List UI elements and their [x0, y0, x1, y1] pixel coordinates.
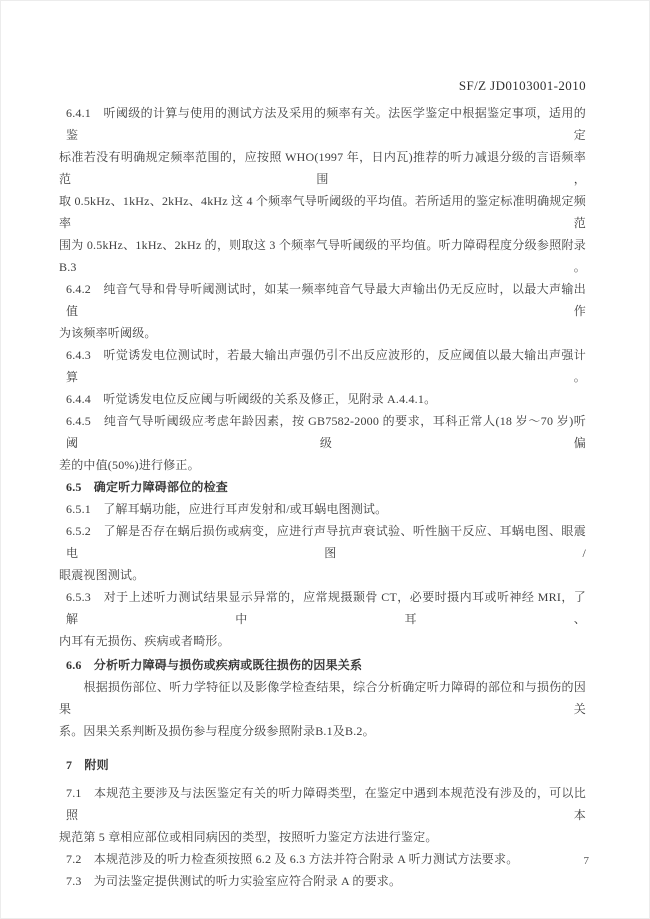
standard-number: SF/Z JD0103001-2010	[59, 78, 586, 94]
section-6-4-1: 6.4.1 听阈级的计算与使用的测试方法及采用的频率有关。法医学鉴定中根据鉴定事…	[59, 102, 586, 146]
section-6-4-2: 6.4.2 纯音气导和骨导听阈测试时，如某一频率纯音气导最大声输出仍无反应时，以…	[59, 278, 586, 322]
section-6-5-3-cont: 内耳有无损伤、疾病或者畸形。	[59, 630, 586, 652]
section-6-5-2-cont: 眼震视图测试。	[59, 564, 586, 586]
heading-6-5: 6.5 确定听力障碍部位的检查	[59, 476, 586, 498]
document-page: SF/Z JD0103001-2010 6.4.1 听阈级的计算与使用的测试方法…	[0, 0, 650, 919]
section-6-5-3: 6.5.3 对于上述听力测试结果显示异常的，应常规摄颞骨 CT，必要时摄内耳或听…	[59, 586, 586, 630]
section-6-4-2-cont: 为该频率听阈级。	[59, 322, 586, 344]
section-6-4-3: 6.4.3 听觉诱发电位测试时，若最大输出声强仍引不出反应波形的，反应阈值以最大…	[59, 344, 586, 388]
heading-7: 7 附则	[59, 754, 586, 776]
section-6-4-1-cont: 取 0.5kHz、1kHz、2kHz、4kHz 这 4 个频率气导听阈级的平均值…	[59, 190, 586, 234]
section-6-6-para: 根据损伤部位、听力学特征以及影像学检查结果，综合分析确定听力障碍的部位和与损伤的…	[59, 676, 586, 720]
section-6-4-5-cont: 差的中值(50%)进行修正。	[59, 454, 586, 476]
document-body: 6.4.1 听阈级的计算与使用的测试方法及采用的频率有关。法医学鉴定中根据鉴定事…	[59, 102, 586, 892]
section-6-5-2: 6.5.2 了解是否存在蜗后损伤或病变，应进行声导抗声衰试验、听性脑干反应、耳蜗…	[59, 520, 586, 564]
section-6-4-5: 6.4.5 纯音气导听阈级应考虑年龄因素，按 GB7582-2000 的要求，耳…	[59, 410, 586, 454]
section-7-1-cont: 规范第 5 章相应部位或相同病因的类型，按照听力鉴定方法进行鉴定。	[59, 826, 586, 848]
section-7-3: 7.3 为司法鉴定提供测试的听力实验室应符合附录 A 的要求。	[59, 870, 586, 892]
section-6-4-1-cont: 标准若没有明确规定频率范围的，应按照 WHO(1997 年，日内瓦)推荐的听力减…	[59, 146, 586, 190]
section-6-5-1: 6.5.1 了解耳蜗功能，应进行耳声发射和/或耳蜗电图测试。	[59, 498, 586, 520]
page-number: 7	[59, 855, 589, 867]
section-6-4-4: 6.4.4 听觉诱发电位反应阈与听阈级的关系及修正，见附录 A.4.4.1。	[59, 388, 586, 410]
heading-6-6: 6.6 分析听力障碍与损伤或疾病或既往损伤的因果关系	[59, 654, 586, 676]
section-7-1: 7.1 本规范主要涉及与法医鉴定有关的听力障碍类型，在鉴定中遇到本规范没有涉及的…	[59, 782, 586, 826]
section-6-4-1-cont: 围为 0.5kHz、1kHz、2kHz 的，则取这 3 个频率气导听阈级的平均值…	[59, 234, 586, 278]
section-6-6-para-cont: 系。因果关系判断及损伤参与程度分级参照附录B.1及B.2。	[59, 720, 586, 742]
